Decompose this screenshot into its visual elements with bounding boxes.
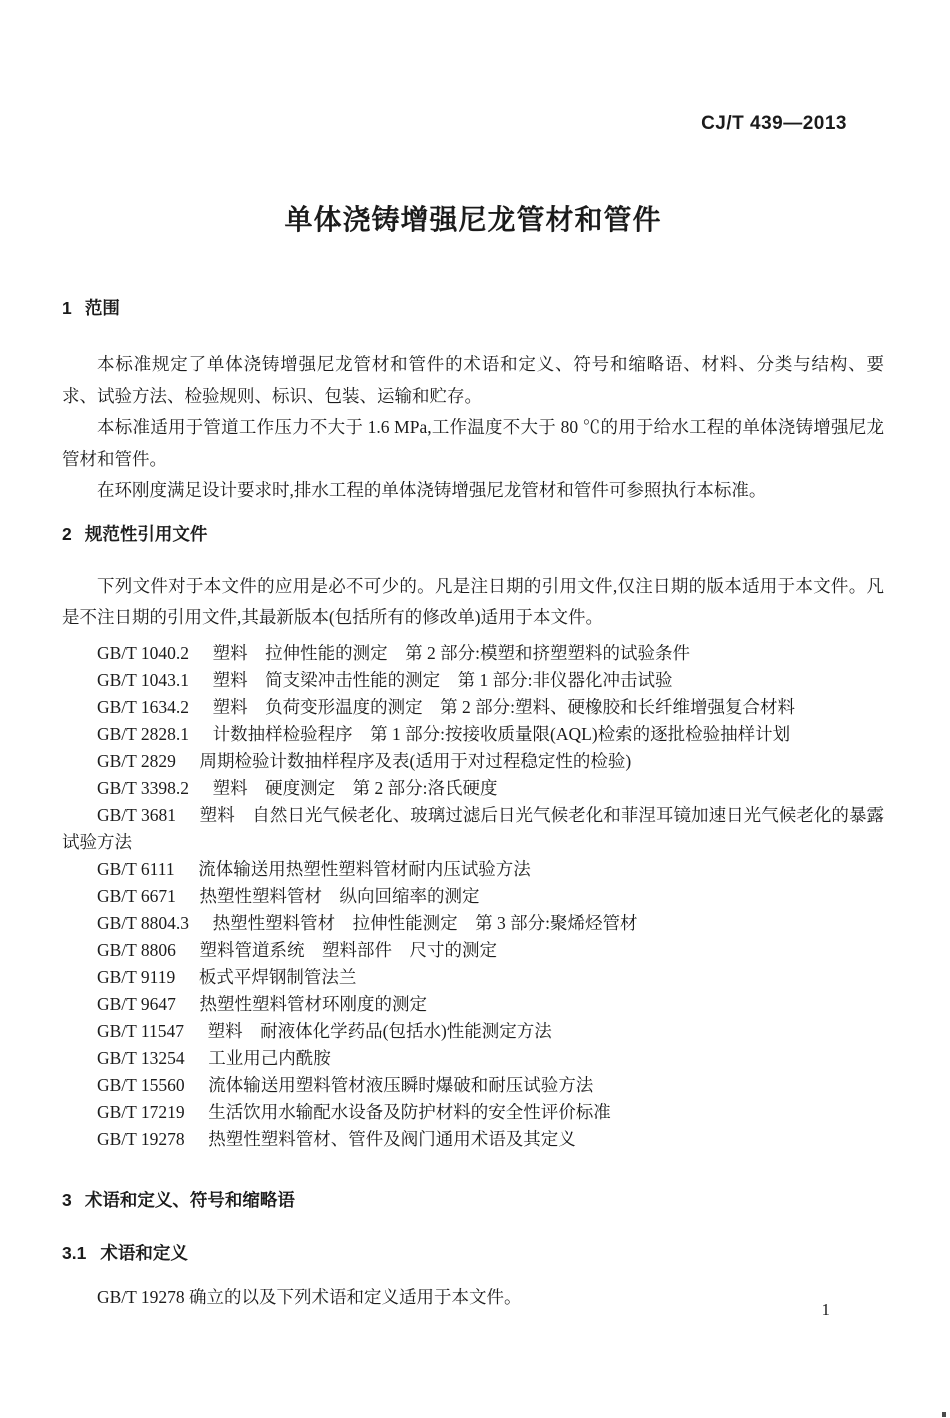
reference-item: GB/T 3681塑料 自然日光气候老化、玻璃过滤后日光气候老化和菲涅耳镜加速日… bbox=[62, 802, 884, 856]
normative-intro-paragraph: 下列文件对于本文件的应用是必不可少的。凡是注日期的引用文件,仅注日期的版本适用于… bbox=[62, 571, 884, 634]
reference-item: GB/T 1634.2塑料 负荷变形温度的测定 第 2 部分:塑料、硬橡胶和长纤… bbox=[62, 694, 884, 721]
reference-title: 流体输送用塑料管材液压瞬时爆破和耐压试验方法 bbox=[208, 1075, 593, 1095]
reference-code: GB/T 8806 bbox=[97, 940, 176, 960]
reference-title: 塑料 自然日光气候老化、玻璃过滤后日光气候老化和菲涅耳镜加速日光气候老化的暴露试… bbox=[62, 805, 884, 852]
reference-code: GB/T 15560 bbox=[97, 1075, 185, 1095]
reference-title: 塑料 负荷变形温度的测定 第 2 部分:塑料、硬橡胶和长纤维增强复合材料 bbox=[213, 697, 795, 717]
reference-code: GB/T 13254 bbox=[97, 1048, 185, 1068]
reference-item: GB/T 2829周期检验计数抽样程序及表(适用于对过程稳定性的检验) bbox=[62, 748, 884, 775]
reference-list: GB/T 1040.2塑料 拉伸性能的测定 第 2 部分:模塑和挤塑塑料的试验条… bbox=[62, 640, 884, 1153]
terms-intro-paragraph: GB/T 19278 确立的以及下列术语和定义适用于本文件。 bbox=[62, 1283, 884, 1311]
reference-title: 塑料 简支梁冲击性能的测定 第 1 部分:非仪器化冲击试验 bbox=[213, 670, 673, 690]
paragraph: 在环刚度满足设计要求时,排水工程的单体浇铸增强尼龙管材和管件可参照执行本标准。 bbox=[62, 475, 884, 507]
reference-title: 生活饮用水输配水设备及防护材料的安全性评价标准 bbox=[208, 1102, 611, 1122]
scan-artifact-dot bbox=[942, 1412, 946, 1417]
paragraph: 本标准适用于管道工作压力不大于 1.6 MPa,工作温度不大于 80 ℃的用于给… bbox=[62, 412, 884, 475]
section-number: 1 bbox=[62, 298, 72, 318]
reference-code: GB/T 1040.2 bbox=[97, 643, 189, 663]
reference-code: GB/T 3681 bbox=[97, 805, 176, 825]
reference-title: 工业用己内酰胺 bbox=[208, 1048, 331, 1068]
reference-code: GB/T 1043.1 bbox=[97, 670, 189, 690]
reference-code: GB/T 3398.2 bbox=[97, 778, 189, 798]
reference-code: GB/T 2828.1 bbox=[97, 724, 189, 744]
reference-title: 周期检验计数抽样程序及表(适用于对过程稳定性的检验) bbox=[200, 751, 632, 771]
reference-title: 流体输送用热塑性塑料管材耐内压试验方法 bbox=[198, 859, 531, 879]
reference-code: GB/T 9119 bbox=[97, 967, 175, 987]
reference-title: 热塑性塑料管材、管件及阀门通用术语及其定义 bbox=[208, 1129, 576, 1149]
reference-title: 塑料 硬度测定 第 2 部分:洛氏硬度 bbox=[213, 778, 498, 798]
reference-item: GB/T 8804.3热塑性塑料管材 拉伸性能测定 第 3 部分:聚烯烃管材 bbox=[62, 910, 884, 937]
subsection-title: 术语和定义 bbox=[100, 1243, 188, 1263]
document-page: CJ/T 439—2013 单体浇铸增强尼龙管材和管件 1范围 本标准规定了单体… bbox=[0, 0, 950, 1418]
reference-item: GB/T 3398.2塑料 硬度测定 第 2 部分:洛氏硬度 bbox=[62, 775, 884, 802]
section-heading-terms: 3术语和定义、符号和缩略语 bbox=[62, 1189, 884, 1211]
reference-item: GB/T 8806塑料管道系统 塑料部件 尺寸的测定 bbox=[62, 937, 884, 964]
reference-code: GB/T 6671 bbox=[97, 886, 176, 906]
scope-paragraphs: 本标准规定了单体浇铸增强尼龙管材和管件的术语和定义、符号和缩略语、材料、分类与结… bbox=[62, 349, 884, 507]
reference-item: GB/T 19278热塑性塑料管材、管件及阀门通用术语及其定义 bbox=[62, 1126, 884, 1153]
reference-code: GB/T 9647 bbox=[97, 994, 176, 1014]
reference-code: GB/T 6111 bbox=[97, 859, 175, 879]
section-number: 2 bbox=[62, 524, 72, 544]
reference-title: 热塑性塑料管材 拉伸性能测定 第 3 部分:聚烯烃管材 bbox=[213, 913, 638, 933]
reference-item: GB/T 9119板式平焊钢制管法兰 bbox=[62, 964, 884, 991]
section-heading-normative-references: 2规范性引用文件 bbox=[62, 523, 884, 545]
reference-item: GB/T 15560流体输送用塑料管材液压瞬时爆破和耐压试验方法 bbox=[62, 1072, 884, 1099]
subsection-heading-terms-definitions: 3.1术语和定义 bbox=[62, 1242, 884, 1264]
reference-code: GB/T 8804.3 bbox=[97, 913, 189, 933]
reference-code: GB/T 17219 bbox=[97, 1102, 185, 1122]
reference-item: GB/T 6671热塑性塑料管材 纵向回缩率的测定 bbox=[62, 883, 884, 910]
reference-title: 计数抽样检验程序 第 1 部分:按接收质量限(AQL)检索的逐批检验抽样计划 bbox=[213, 724, 790, 744]
reference-title: 塑料 拉伸性能的测定 第 2 部分:模塑和挤塑塑料的试验条件 bbox=[213, 643, 690, 663]
reference-item: GB/T 2828.1计数抽样检验程序 第 1 部分:按接收质量限(AQL)检索… bbox=[62, 721, 884, 748]
page-content: CJ/T 439—2013 单体浇铸增强尼龙管材和管件 1范围 本标准规定了单体… bbox=[0, 0, 950, 1311]
reference-item: GB/T 9647热塑性塑料管材环刚度的测定 bbox=[62, 991, 884, 1018]
section-title: 范围 bbox=[85, 298, 120, 318]
reference-title: 板式平焊钢制管法兰 bbox=[199, 967, 357, 987]
reference-item: GB/T 1040.2塑料 拉伸性能的测定 第 2 部分:模塑和挤塑塑料的试验条… bbox=[62, 640, 884, 667]
reference-code: GB/T 19278 bbox=[97, 1129, 185, 1149]
reference-title: 热塑性塑料管材环刚度的测定 bbox=[200, 994, 428, 1014]
reference-item: GB/T 11547塑料 耐液体化学药品(包括水)性能测定方法 bbox=[62, 1018, 884, 1045]
reference-item: GB/T 17219生活饮用水输配水设备及防护材料的安全性评价标准 bbox=[62, 1099, 884, 1126]
reference-title: 热塑性塑料管材 纵向回缩率的测定 bbox=[200, 886, 480, 906]
reference-item: GB/T 6111流体输送用热塑性塑料管材耐内压试验方法 bbox=[62, 856, 884, 883]
reference-code: GB/T 1634.2 bbox=[97, 697, 189, 717]
reference-item: GB/T 1043.1塑料 简支梁冲击性能的测定 第 1 部分:非仪器化冲击试验 bbox=[62, 667, 884, 694]
reference-item: GB/T 13254工业用己内酰胺 bbox=[62, 1045, 884, 1072]
page-number: 1 bbox=[822, 1300, 831, 1320]
standard-number: CJ/T 439—2013 bbox=[62, 112, 884, 136]
section-heading-scope: 1范围 bbox=[62, 297, 884, 319]
document-title: 单体浇铸增强尼龙管材和管件 bbox=[62, 200, 884, 240]
reference-title: 塑料 耐液体化学药品(包括水)性能测定方法 bbox=[208, 1021, 552, 1041]
section-number: 3 bbox=[62, 1190, 72, 1210]
section-title: 规范性引用文件 bbox=[85, 524, 208, 544]
reference-code: GB/T 2829 bbox=[97, 751, 176, 771]
subsection-number: 3.1 bbox=[62, 1243, 86, 1263]
reference-code: GB/T 11547 bbox=[97, 1021, 184, 1041]
reference-title: 塑料管道系统 塑料部件 尺寸的测定 bbox=[200, 940, 498, 960]
section-title: 术语和定义、符号和缩略语 bbox=[85, 1190, 295, 1210]
paragraph: 本标准规定了单体浇铸增强尼龙管材和管件的术语和定义、符号和缩略语、材料、分类与结… bbox=[62, 349, 884, 412]
